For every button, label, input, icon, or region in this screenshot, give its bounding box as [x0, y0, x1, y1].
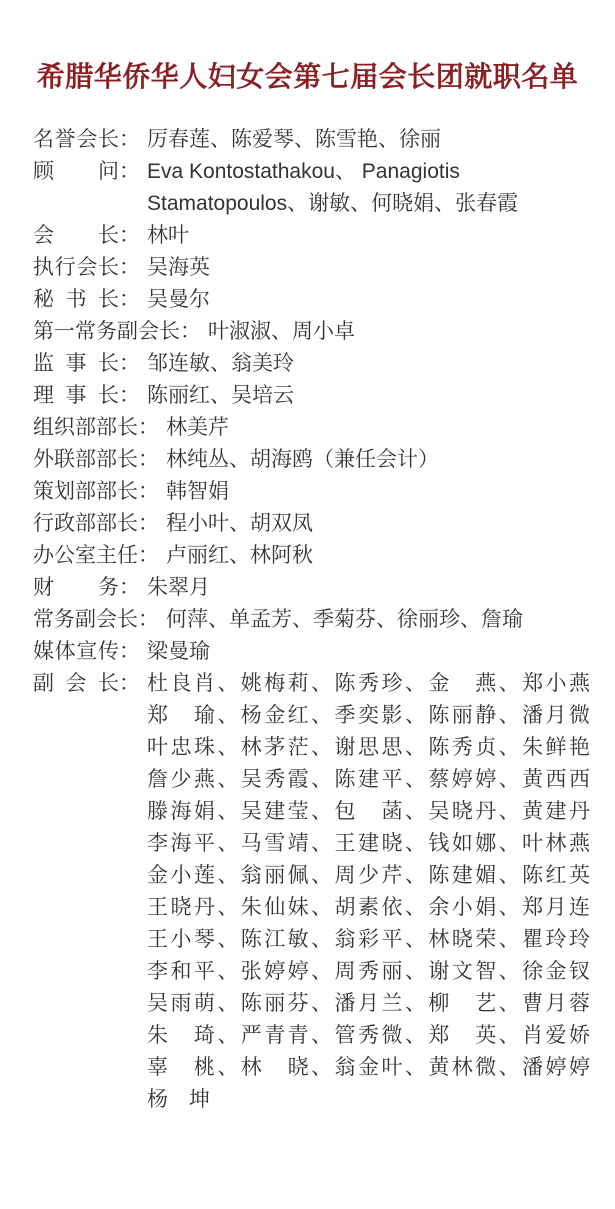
- names-group: 林美芹: [166, 412, 590, 444]
- role-label: 组织部部长: [33, 412, 138, 444]
- name-line: 厉春莲、陈爱琴、陈雪艳、徐丽: [147, 124, 590, 156]
- colon-separator: ：: [138, 540, 166, 572]
- role-label: 执行会长: [33, 252, 119, 284]
- name-line: 邹连敏、翁美玲: [147, 348, 590, 380]
- roster-row: 秘书长：吴曼尔: [33, 284, 590, 316]
- names-group: 邹连敏、翁美玲: [147, 348, 590, 380]
- names-group: 杜良肖、姚梅莉、陈秀珍、金 燕、郑小燕郑 瑜、杨金红、季奕影、陈丽静、潘月微叶忠…: [147, 668, 590, 1116]
- colon-separator: ：: [119, 572, 147, 604]
- roster-row: 监事长：邹连敏、翁美玲: [33, 348, 590, 380]
- names-group: 吴曼尔: [147, 284, 590, 316]
- name-line: 杨 坤: [147, 1084, 590, 1116]
- name-line: 林纯丛、胡海鸥（兼任会计）: [166, 444, 590, 476]
- role-label: 常务副会长: [33, 604, 138, 636]
- colon-separator: ：: [138, 444, 166, 476]
- colon-separator: ：: [119, 380, 147, 412]
- names-group: 韩智娟: [166, 476, 590, 508]
- roster-row: 会长：林叶: [33, 220, 590, 252]
- name-line: Stamatopoulos、谢敏、何晓娟、张春霞: [147, 188, 590, 220]
- role-label: 策划部部长: [33, 476, 138, 508]
- name-line: 陈丽红、吴培云: [147, 380, 590, 412]
- name-line: 滕海娟、吴建莹、包 菡、吴晓丹、黄建丹: [147, 796, 590, 828]
- names-group: 卢丽红、林阿秋: [166, 540, 590, 572]
- names-group: 陈丽红、吴培云: [147, 380, 590, 412]
- roster-row: 执行会长：吴海英: [33, 252, 590, 284]
- document-page: 希腊华侨华人妇女会第七届会长团就职名单 名誉会长：厉春莲、陈爱琴、陈雪艳、徐丽顾…: [0, 0, 615, 1209]
- colon-separator: ：: [138, 476, 166, 508]
- name-line: 李和平、张婷婷、周秀丽、谢文智、徐金钗: [147, 956, 590, 988]
- roster-row: 理事长：陈丽红、吴培云: [33, 380, 590, 412]
- name-line: 何萍、单孟芳、季菊芬、徐丽珍、詹瑜: [166, 604, 590, 636]
- roster-row: 策划部部长：韩智娟: [33, 476, 590, 508]
- colon-separator: ：: [119, 668, 147, 700]
- names-group: 朱翠月: [147, 572, 590, 604]
- roster-row: 媒体宣传：梁曼瑜: [33, 636, 590, 668]
- names-group: 吴海英: [147, 252, 590, 284]
- colon-separator: ：: [180, 316, 208, 348]
- roster-row: 办公室主任：卢丽红、林阿秋: [33, 540, 590, 572]
- names-group: 梁曼瑜: [147, 636, 590, 668]
- name-line: 辜 桃、林 晓、翁金叶、黄林微、潘婷婷: [147, 1052, 590, 1084]
- colon-separator: ：: [138, 604, 166, 636]
- name-line: 王晓丹、朱仙妹、胡素依、余小娟、郑月连: [147, 892, 590, 924]
- name-line: 林美芹: [166, 412, 590, 444]
- roster-row: 名誉会长：厉春莲、陈爱琴、陈雪艳、徐丽: [33, 124, 590, 156]
- name-line: 林叶: [147, 220, 590, 252]
- names-group: 林纯丛、胡海鸥（兼任会计）: [166, 444, 590, 476]
- roster-row: 顾问：Eva Kontostathakou、 PanagiotisStamato…: [33, 156, 590, 220]
- roster-row: 财务：朱翠月: [33, 572, 590, 604]
- colon-separator: ：: [119, 220, 147, 252]
- role-label: 监事长: [33, 348, 119, 380]
- name-line: 金小莲、翁丽佩、周少芹、陈建媚、陈红英: [147, 860, 590, 892]
- name-line: 杜良肖、姚梅莉、陈秀珍、金 燕、郑小燕: [147, 668, 590, 700]
- role-label: 财务: [33, 572, 119, 604]
- roster-row: 行政部部长：程小叶、胡双凤: [33, 508, 590, 540]
- name-line: 王小琴、陈江敏、翁彩平、林晓荣、瞿玲玲: [147, 924, 590, 956]
- colon-separator: ：: [119, 636, 147, 668]
- roster-row: 组织部部长：林美芹: [33, 412, 590, 444]
- name-line: 卢丽红、林阿秋: [166, 540, 590, 572]
- colon-separator: ：: [138, 508, 166, 540]
- name-line: Eva Kontostathakou、 Panagiotis: [147, 156, 590, 188]
- role-label: 第一常务副会长: [33, 316, 180, 348]
- role-label: 名誉会长: [33, 124, 119, 156]
- name-line: 李海平、马雪靖、王建晓、钱如娜、叶林燕: [147, 828, 590, 860]
- colon-separator: ：: [119, 284, 147, 316]
- names-group: 林叶: [147, 220, 590, 252]
- roster-list: 名誉会长：厉春莲、陈爱琴、陈雪艳、徐丽顾问：Eva Kontostathakou…: [0, 124, 615, 1116]
- role-label: 办公室主任: [33, 540, 138, 572]
- roster-row: 副会长：杜良肖、姚梅莉、陈秀珍、金 燕、郑小燕郑 瑜、杨金红、季奕影、陈丽静、潘…: [33, 668, 590, 1116]
- names-group: 何萍、单孟芳、季菊芬、徐丽珍、詹瑜: [166, 604, 590, 636]
- name-line: 韩智娟: [166, 476, 590, 508]
- colon-separator: ：: [119, 124, 147, 156]
- colon-separator: ：: [119, 156, 147, 188]
- role-label: 媒体宣传: [33, 636, 119, 668]
- role-label: 顾问: [33, 156, 119, 188]
- roster-row: 外联部部长：林纯丛、胡海鸥（兼任会计）: [33, 444, 590, 476]
- names-group: 厉春莲、陈爱琴、陈雪艳、徐丽: [147, 124, 590, 156]
- name-line: 郑 瑜、杨金红、季奕影、陈丽静、潘月微: [147, 700, 590, 732]
- names-group: 叶淑淑、周小卓: [208, 316, 590, 348]
- names-group: Eva Kontostathakou、 PanagiotisStamatopou…: [147, 156, 590, 220]
- role-label: 会长: [33, 220, 119, 252]
- name-line: 吴海英: [147, 252, 590, 284]
- name-line: 程小叶、胡双凤: [166, 508, 590, 540]
- role-label: 秘书长: [33, 284, 119, 316]
- name-line: 吴雨萌、陈丽芬、潘月兰、柳 艺、曹月蓉: [147, 988, 590, 1020]
- role-label: 行政部部长: [33, 508, 138, 540]
- name-line: 詹少燕、吴秀霞、陈建平、蔡婷婷、黄西西: [147, 764, 590, 796]
- colon-separator: ：: [138, 412, 166, 444]
- names-group: 程小叶、胡双凤: [166, 508, 590, 540]
- role-label: 副会长: [33, 668, 119, 700]
- role-label: 外联部部长: [33, 444, 138, 476]
- roster-row: 第一常务副会长：叶淑淑、周小卓: [33, 316, 590, 348]
- role-label: 理事长: [33, 380, 119, 412]
- name-line: 吴曼尔: [147, 284, 590, 316]
- name-line: 朱 琦、严青青、管秀微、郑 英、肖爱娇: [147, 1020, 590, 1052]
- colon-separator: ：: [119, 252, 147, 284]
- page-title: 希腊华侨华人妇女会第七届会长团就职名单: [0, 0, 615, 100]
- name-line: 叶忠珠、林茅茫、谢思思、陈秀贞、朱鲜艳: [147, 732, 590, 764]
- colon-separator: ：: [119, 348, 147, 380]
- name-line: 梁曼瑜: [147, 636, 590, 668]
- name-line: 叶淑淑、周小卓: [208, 316, 590, 348]
- roster-row: 常务副会长：何萍、单孟芳、季菊芬、徐丽珍、詹瑜: [33, 604, 590, 636]
- name-line: 朱翠月: [147, 572, 590, 604]
